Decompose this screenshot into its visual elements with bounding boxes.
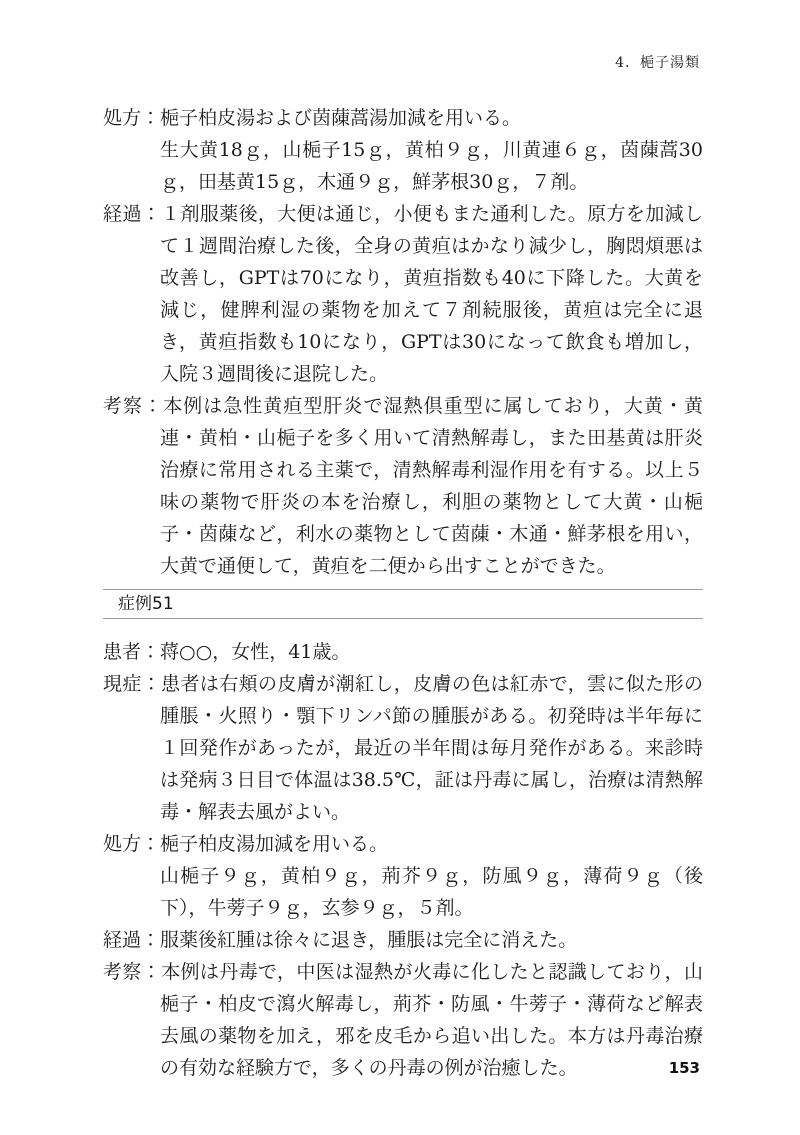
entry-discussion-case50: 考察：本例は急性黄疸型肝炎で湿熱倶重型に属しており，大黄・黄連・黄柏・山梔子を多… [103,390,703,582]
entry-label: 考察 [103,961,142,983]
entry-label: 現症 [103,673,142,695]
running-head: 4．梔子湯類 [615,52,700,72]
entry-text-ingredients: 山梔子９ｇ，黄柏９ｇ，荊芥９ｇ，防風９ｇ，薄荷９ｇ（後下），牛蒡子９ｇ，玄参９ｇ… [160,860,703,924]
entry-text: 服薬後紅腫は徐々に退き，腫脹は完全に消えた。 [160,929,577,951]
entry-label: 考察 [103,395,143,417]
entry-prescription-case51: 処方：梔子柏皮湯加減を用いる。 山梔子９ｇ，黄柏９ｇ，荊芥９ｇ，防風９ｇ，薄荷９… [103,828,703,924]
label-colon: ： [142,673,161,695]
label-colon: ： [141,833,160,855]
label-colon: ： [142,961,161,983]
label-colon: ： [142,203,161,225]
entry-label: 処方 [103,833,141,855]
entry-discussion-case51: 考察：本例は丹毒で，中医は湿熱が火毒に化したと認識しており，山梔子・柏皮で瀉火解… [103,956,703,1084]
entry-text: 蒋○○，女性，41歳。 [160,641,350,663]
page-content: 処方：梔子柏皮湯および茵蔯蒿湯加減を用いる。 生大黄18ｇ，山梔子15ｇ，黄柏９… [103,102,703,1084]
label-colon: ： [143,395,163,417]
entry-text: 本例は丹毒で，中医は湿熱が火毒に化したと認識しており，山梔子・柏皮で瀉火解毒し，… [160,961,703,1079]
book-page: 4．梔子湯類 処方：梔子柏皮湯および茵蔯蒿湯加減を用いる。 生大黄18ｇ，山梔子… [0,0,800,1135]
entry-present-symptoms-case51: 現症：患者は右頬の皮膚が潮紅し，皮膚の色は紅赤で，雲に似た形の腫脹・火照り・顎下… [103,668,703,828]
entry-label: 患者 [103,641,141,663]
entry-text-ingredients: 生大黄18ｇ，山梔子15ｇ，黄柏９ｇ，川黄連６ｇ，茵蔯蒿30ｇ，田基黄15ｇ，木… [160,134,703,198]
entry-label: 経過 [103,929,141,951]
entry-label: 処方 [103,107,141,129]
entry-text: 本例は急性黄疸型肝炎で湿熱倶重型に属しており，大黄・黄連・黄柏・山梔子を多く用い… [160,395,703,577]
entry-course-case51: 経過：服薬後紅腫は徐々に退き，腫脹は完全に消えた。 [103,924,703,956]
entry-patient-case51: 患者：蒋○○，女性，41歳。 [103,636,703,668]
page-number: 153 [640,1059,700,1077]
entry-course-case50: 経過：１剤服薬後，大便は通じ，小便もまた通利した。原方を加減して１週間治療した後… [103,198,703,390]
case-heading: 症例51 [103,589,703,619]
label-colon: ： [141,107,160,129]
entry-text: 梔子柏皮湯および茵蔯蒿湯加減を用いる。 [160,107,521,129]
entry-text: １剤服薬後，大便は通じ，小便もまた通利した。原方を加減して１週間治療した後，全身… [160,203,703,385]
label-colon: ： [141,641,160,663]
case-heading-text: 症例51 [118,594,174,614]
entry-label: 経過 [103,203,142,225]
label-colon: ： [141,929,160,951]
entry-text: 患者は右頬の皮膚が潮紅し，皮膚の色は紅赤で，雲に似た形の腫脹・火照り・顎下リンパ… [160,673,703,823]
entry-prescription-case50: 処方：梔子柏皮湯および茵蔯蒿湯加減を用いる。 生大黄18ｇ，山梔子15ｇ，黄柏９… [103,102,703,198]
entry-text: 梔子柏皮湯加減を用いる。 [160,833,388,855]
